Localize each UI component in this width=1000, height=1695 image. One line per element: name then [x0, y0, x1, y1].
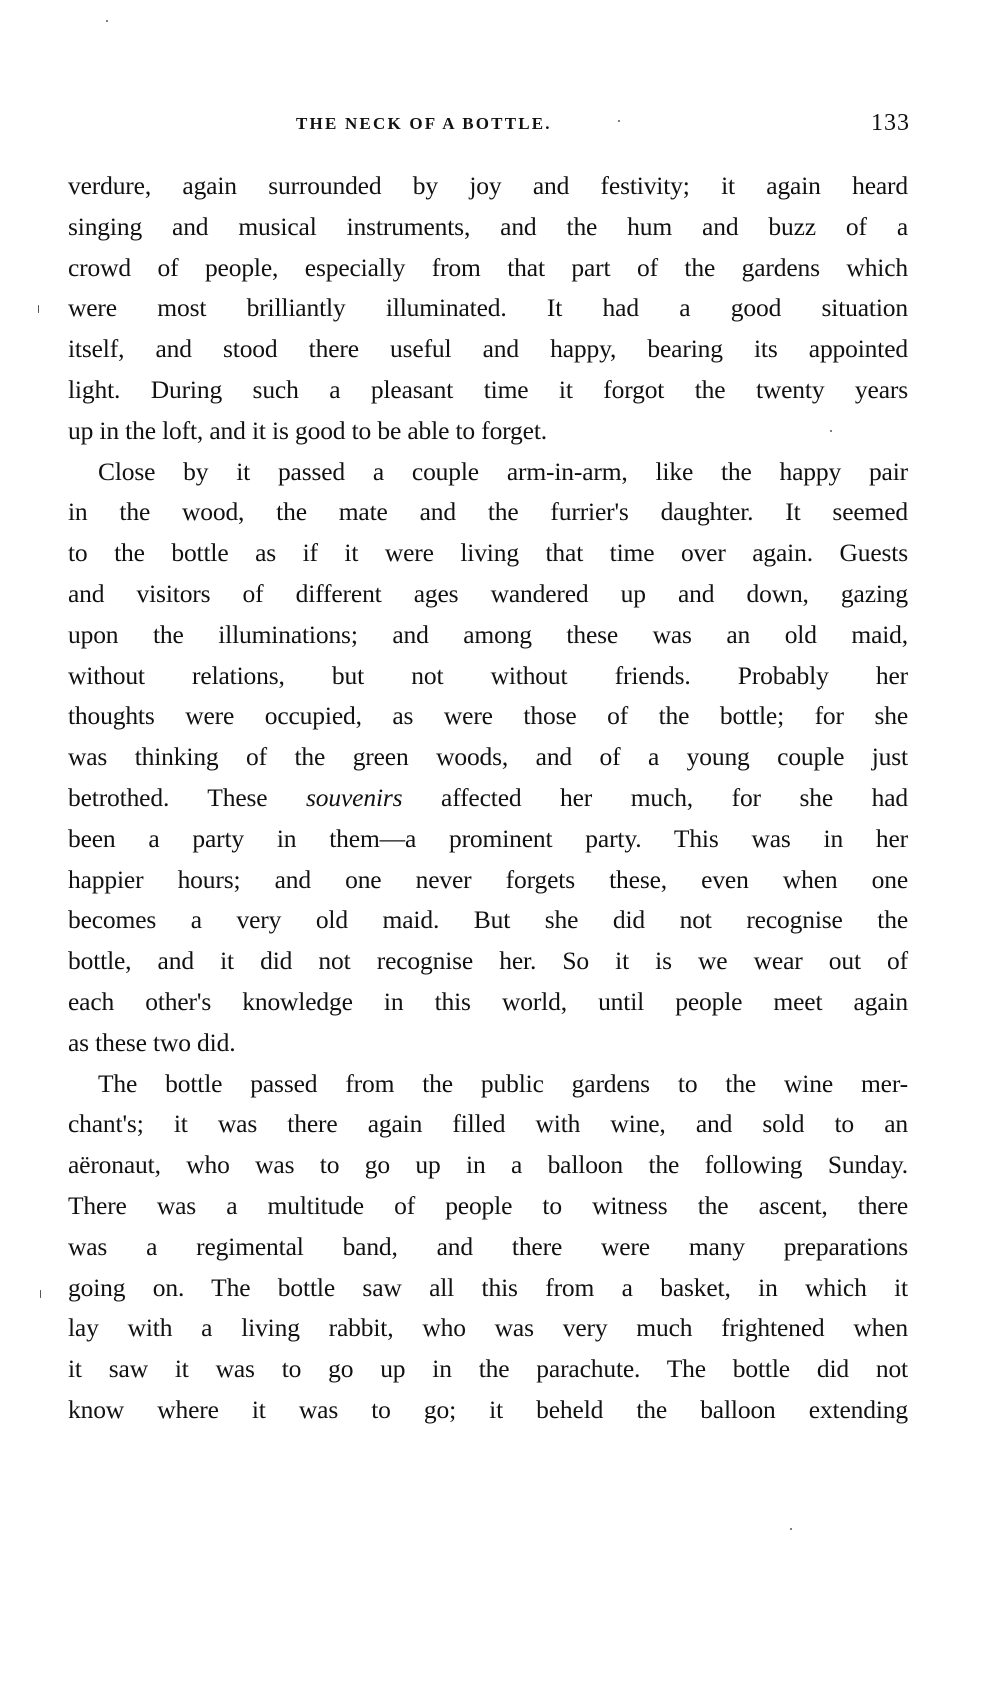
text-line: crowd of people, especially from that pa… [68, 248, 908, 289]
scan-speck [790, 1528, 792, 1530]
running-head: THE NECK OF A BOTTLE. 133 [68, 110, 908, 142]
text-line: thoughts were occupied, as were those of… [68, 696, 908, 737]
text-segment: betrothed. These [68, 783, 306, 812]
text-line: lay with a living rabbit, who was very m… [68, 1308, 908, 1349]
body-text: verdure, again surrounded by joy and fes… [68, 166, 908, 1431]
text-line: and visitors of different ages wandered … [68, 574, 908, 615]
text-line: it saw it was to go up in the parachute.… [68, 1349, 908, 1390]
text-line: singing and musical instruments, and the… [68, 207, 908, 248]
text-line: becomes a very old maid. But she did not… [68, 900, 908, 941]
scan-speck [40, 1290, 41, 1298]
page-number: 133 [871, 110, 910, 137]
book-page: THE NECK OF A BOTTLE. 133 verdure, again… [0, 0, 1000, 1695]
text-line: up in the loft, and it is good to be abl… [68, 411, 908, 452]
scan-speck [830, 430, 832, 432]
text-line: itself, and stood there useful and happy… [68, 329, 908, 370]
text-line: betrothed. These souvenirs affected her … [68, 778, 908, 819]
text-line: been a party in them—a prominent party. … [68, 819, 908, 860]
text-line: was thinking of the green woods, and of … [68, 737, 908, 778]
text-line: were most brilliantly illuminated. It ha… [68, 288, 908, 329]
text-line: know where it was to go; it beheld the b… [68, 1390, 908, 1431]
text-line: The bottle passed from the public garden… [68, 1064, 908, 1105]
scan-speck [38, 305, 39, 313]
text-line: going on. The bottle saw all this from a… [68, 1268, 908, 1309]
text-line: light. During such a pleasant time it fo… [68, 370, 908, 411]
text-line: Close by it passed a couple arm-in-arm, … [68, 452, 908, 493]
italic-word: souvenirs [306, 783, 402, 812]
text-line: upon the illuminations; and among these … [68, 615, 908, 656]
text-line: verdure, again surrounded by joy and fes… [68, 166, 908, 207]
text-line: There was a multitude of people to witne… [68, 1186, 908, 1227]
text-line: to the bottle as if it were living that … [68, 533, 908, 574]
text-line: each other's knowledge in this world, un… [68, 982, 908, 1023]
running-title: THE NECK OF A BOTTLE. [296, 114, 552, 134]
scan-speck [618, 120, 620, 122]
scan-speck [106, 20, 108, 22]
text-segment: affected her much, for she had [402, 783, 908, 812]
text-line: in the wood, the mate and the furrier's … [68, 492, 908, 533]
text-line: aëronaut, who was to go up in a balloon … [68, 1145, 908, 1186]
text-line: was a regimental band, and there were ma… [68, 1227, 908, 1268]
text-line: happier hours; and one never forgets the… [68, 860, 908, 901]
text-line: as these two did. [68, 1023, 908, 1064]
text-line: bottle, and it did not recognise her. So… [68, 941, 908, 982]
text-line: without relations, but not without frien… [68, 656, 908, 697]
text-line: chant's; it was there again filled with … [68, 1104, 908, 1145]
